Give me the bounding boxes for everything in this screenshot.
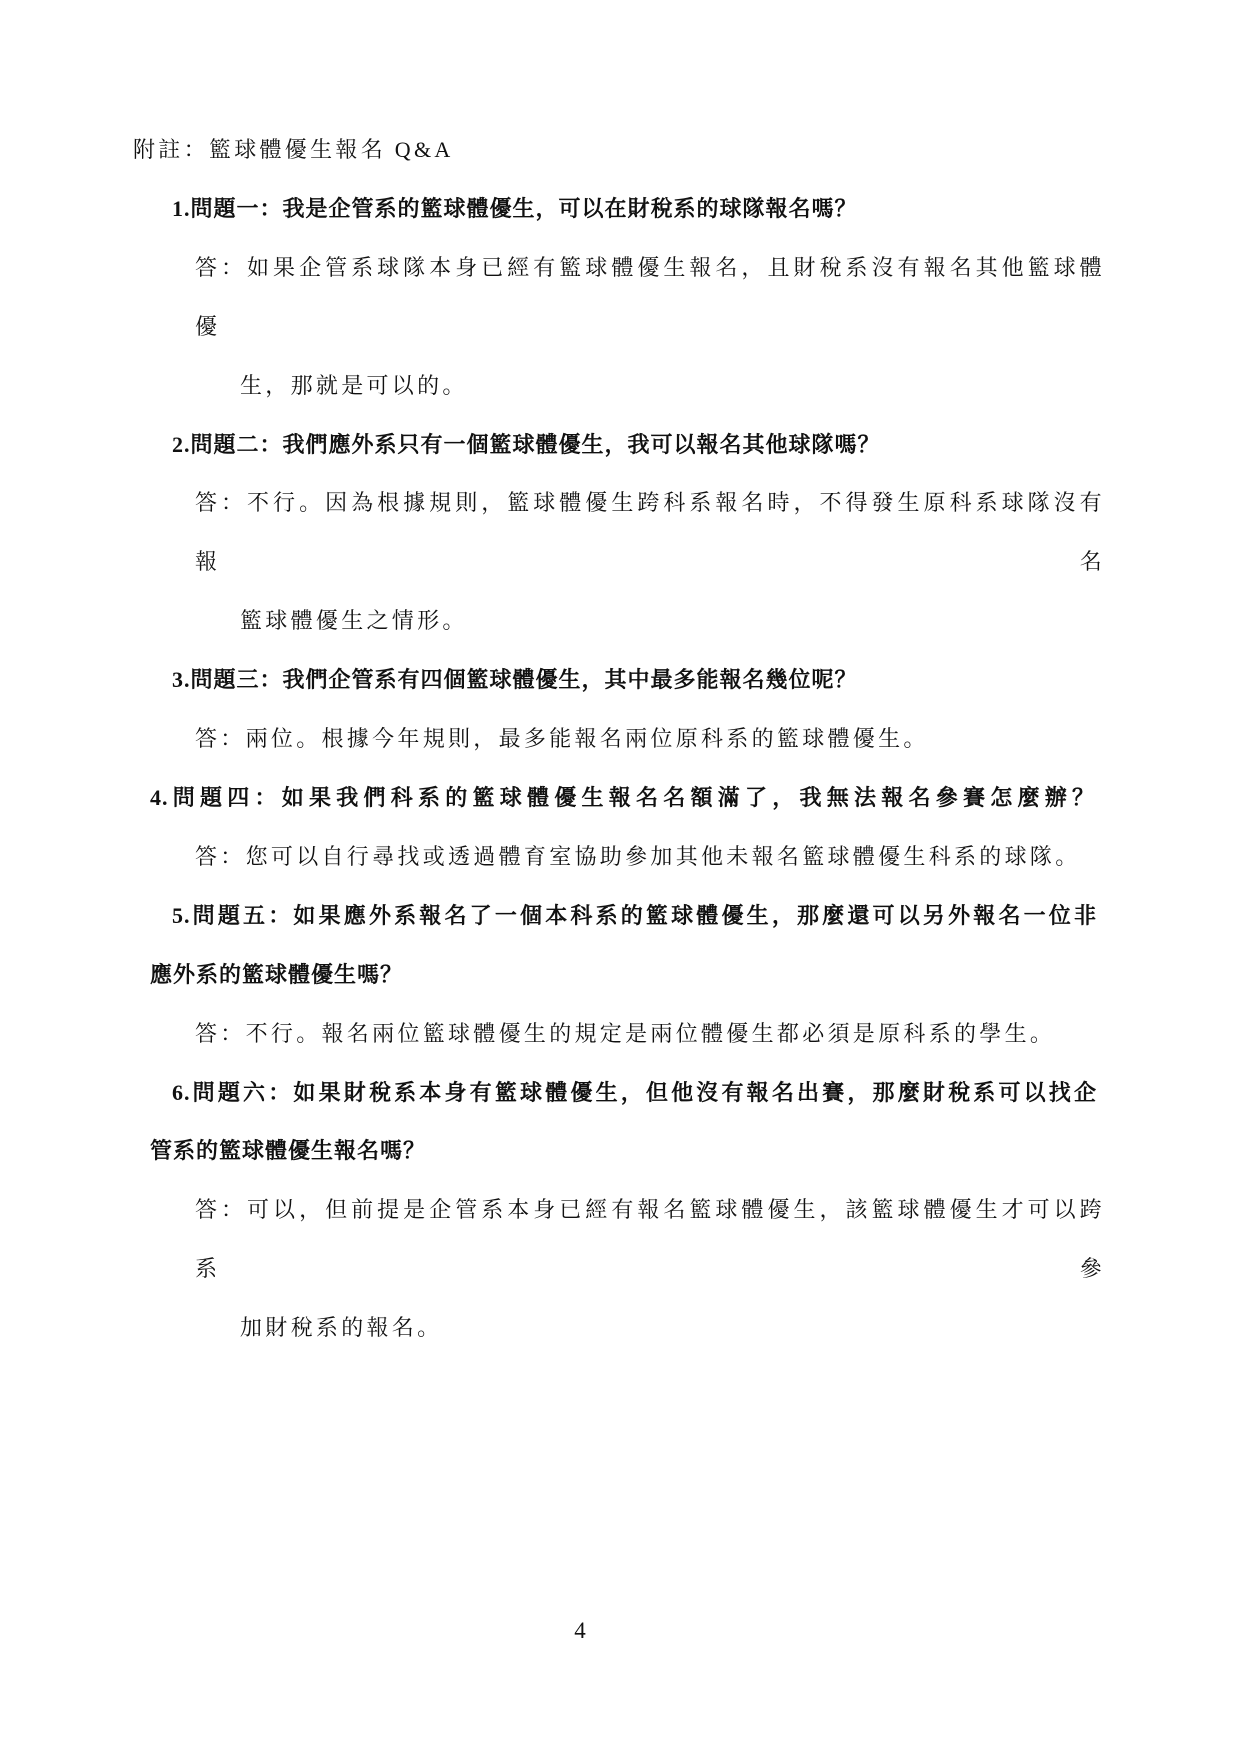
document-page: 附註：籃球體優生報名 Q&A 1.問題一：我是企管系的籃球體優生，可以在財稅系的…: [0, 0, 1240, 1755]
qa6-question-line1: 6.問題六：如果財稅系本身有籃球體優生，但他沒有報名出賽，那麼財稅系可以找企: [172, 1064, 1097, 1123]
note-title: 附註：籃球體優生報名 Q&A: [133, 121, 1240, 180]
page-number: 4: [540, 1616, 620, 1646]
qa3-answer-line1: 答：兩位。根據今年規則，最多能報名兩位原科系的籃球體優生。: [195, 710, 1240, 769]
qa4-question: 4.問題四：如果我們科系的籃球體優生報名名額滿了，我無法報名參賽怎麼辦？: [150, 769, 1095, 828]
qa5-answer-line1: 答：不行。報名兩位籃球體優生的規定是兩位體優生都必須是原科系的學生。: [195, 1005, 1240, 1064]
qa3-question: 3.問題三：我們企管系有四個籃球體優生，其中最多能報名幾位呢？: [172, 651, 1240, 710]
qa4-answer-line1: 答：您可以自行尋找或透過體育室協助參加其他未報名籃球體優生科系的球隊。: [195, 828, 1240, 887]
qa1-answer-line1: 答：如果企管系球隊本身已經有籃球體優生報名，且財稅系沒有報名其他籃球體優: [195, 239, 1105, 357]
qa2-question: 2.問題二：我們應外系只有一個籃球體優生，我可以報名其他球隊嗎？: [172, 416, 1240, 475]
qa6-question-line2: 管系的籃球體優生報名嗎？: [150, 1122, 1240, 1181]
qa6-answer-line1: 答：可以，但前提是企管系本身已經有報名籃球體優生，該籃球體優生才可以跨系參: [195, 1181, 1105, 1299]
qa2-answer-line1: 答：不行。因為根據規則，籃球體優生跨科系報名時，不得發生原科系球隊沒有報名: [195, 474, 1105, 592]
qa5-question-line2: 應外系的籃球體優生嗎？: [150, 946, 1240, 1005]
document-body: 附註：籃球體優生報名 Q&A 1.問題一：我是企管系的籃球體優生，可以在財稅系的…: [0, 121, 1240, 1358]
qa6-answer-line2: 加財稅系的報名。: [240, 1299, 1240, 1358]
qa1-question: 1.問題一：我是企管系的籃球體優生，可以在財稅系的球隊報名嗎？: [172, 180, 1240, 239]
qa1-answer-line2: 生，那就是可以的。: [240, 357, 1240, 416]
qa5-question-line1: 5.問題五：如果應外系報名了一個本科系的籃球體優生，那麼還可以另外報名一位非: [172, 887, 1097, 946]
qa2-answer-line2: 籃球體優生之情形。: [240, 592, 1240, 651]
